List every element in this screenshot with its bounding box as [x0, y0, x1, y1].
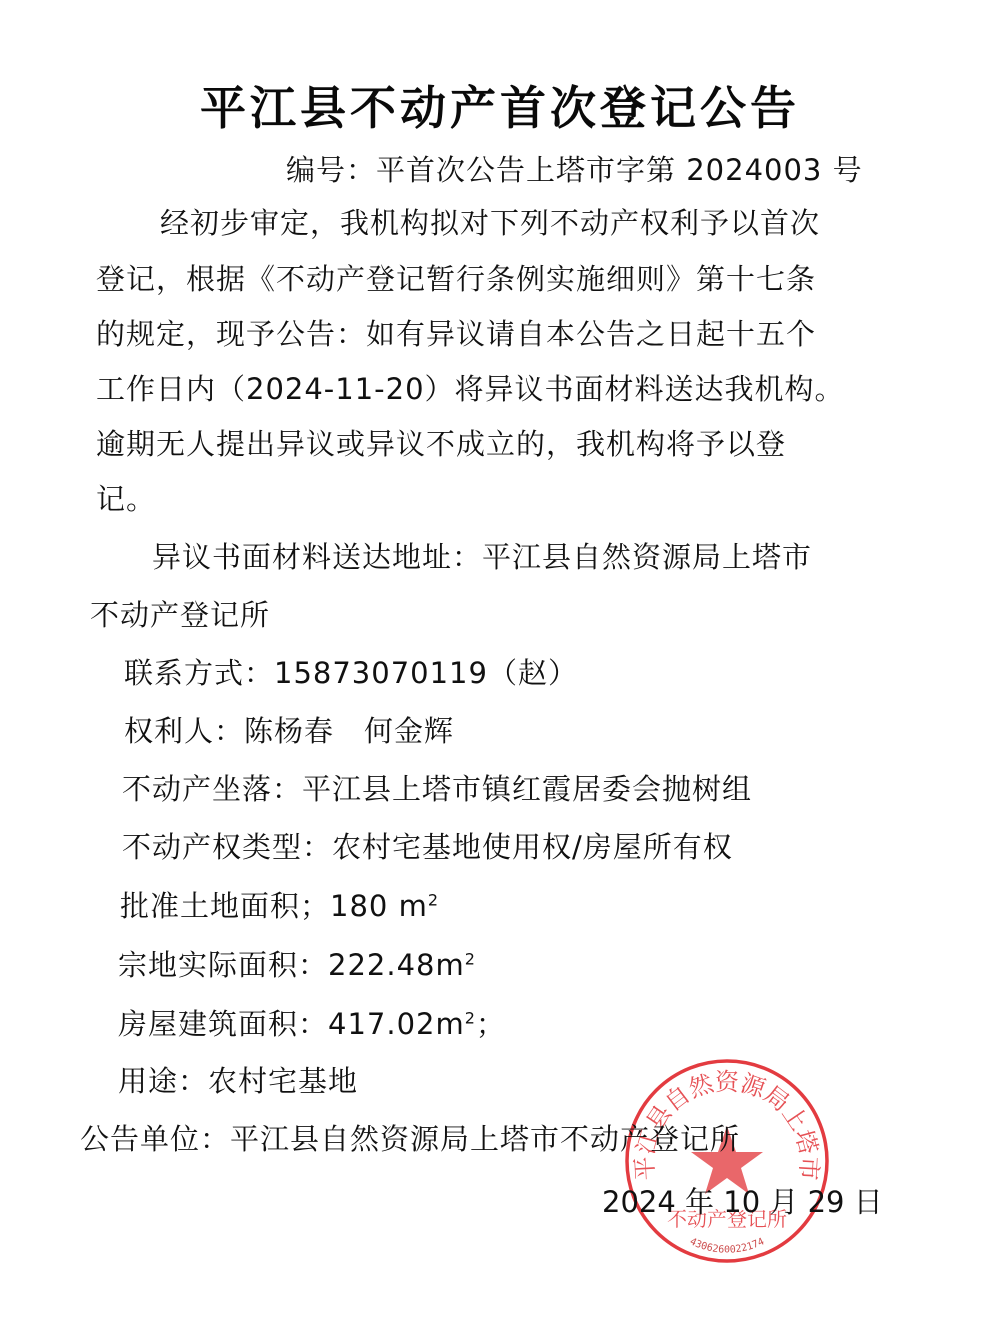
svg-text:4306260022174: 4306260022174 — [688, 1236, 766, 1255]
body-line-1: 经初步审定，我机构拟对下列不动产权利予以首次 — [160, 203, 820, 243]
unit-superscript: 2 — [465, 949, 476, 968]
unit-superscript: 2 — [465, 1008, 476, 1027]
official-seal-icon: 平江县自然资源局上塔市 不动产登记所 4306260022174 — [624, 1058, 830, 1264]
issuing-unit: 公告单位：平江县自然资源局上塔市不动产登记所 — [80, 1119, 740, 1159]
body-line-4: 工作日内（2024-11-20）将异议书面材料送达我机构。 — [96, 369, 845, 409]
property-right-type: 不动产权类型：农村宅基地使用权/房屋所有权 — [122, 827, 733, 867]
actual-parcel-area-value: 宗地实际面积：222.48m — [118, 948, 465, 982]
approved-land-area-value: 批准土地面积；180 m — [120, 889, 428, 923]
issue-date: 2024 年 10 月 29 日 — [602, 1182, 883, 1222]
property-location: 不动产坐落：平江县上塔市镇红霞居委会抛树组 — [122, 769, 752, 809]
property-usage: 用途：农村宅基地 — [118, 1061, 358, 1101]
body-line-2: 登记，根据《不动产登记暂行条例实施细则》第十七条 — [96, 259, 816, 299]
unit-superscript: 2 — [428, 890, 439, 909]
actual-parcel-area: 宗地实际面积：222.48m2 — [118, 945, 476, 985]
building-area: 房屋建筑面积：417.02m2； — [118, 1004, 506, 1044]
body-line-3: 的规定，现予公告：如有异议请自本公告之日起十五个 — [96, 314, 816, 354]
building-area-value: 房屋建筑面积：417.02m — [118, 1007, 465, 1041]
document-title: 平江县不动产首次登记公告 — [0, 72, 1000, 138]
right-holders: 权利人：陈杨春 何金辉 — [124, 711, 454, 751]
building-area-suffix: ； — [476, 1007, 506, 1041]
announcement-number: 编号：平首次公告上塔市字第 2024003 号 — [286, 150, 863, 190]
body-line-5: 逾期无人提出异议或异议不成立的，我机构将予以登 — [96, 424, 786, 464]
contact-info: 联系方式：15873070119（赵） — [124, 653, 578, 693]
address-line-2: 不动产登记所 — [90, 595, 270, 635]
approved-land-area: 批准土地面积；180 m2 — [120, 886, 439, 926]
address-line-1: 异议书面材料送达地址：平江县自然资源局上塔市 — [152, 537, 812, 577]
body-line-6: 记。 — [96, 479, 156, 519]
